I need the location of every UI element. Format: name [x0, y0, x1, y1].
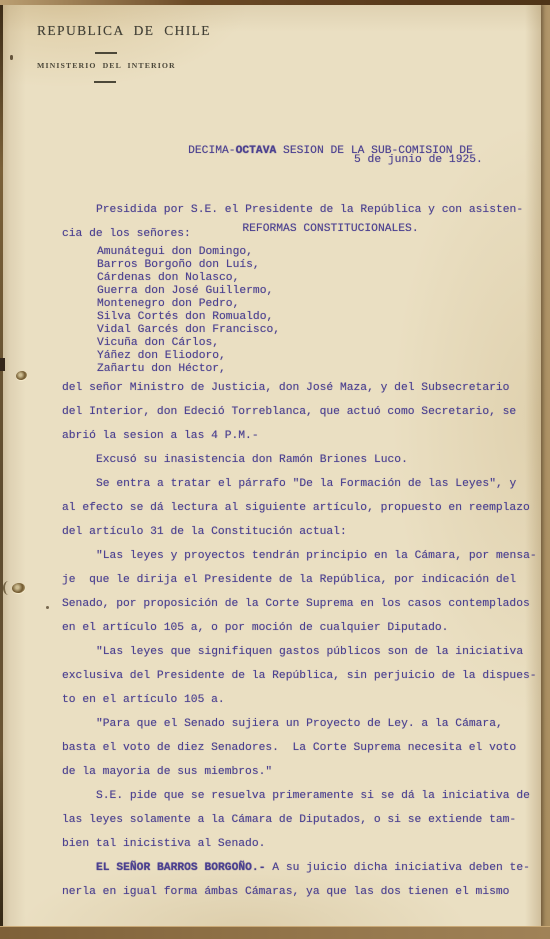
text-line: cia de los señores:	[62, 222, 537, 246]
text-line: Yáñez don Eliodoro,	[62, 350, 537, 363]
text-line-text: to en el artículo 105 a.	[62, 694, 225, 706]
text-line: al efecto se dá lectura al siguiente art…	[62, 496, 537, 520]
text-line-text: "Para que el Senado sujiera un Proyecto …	[96, 718, 503, 730]
text-line: las leyes solamente a la Cámara de Diput…	[62, 808, 537, 832]
text-line-text: nerla en igual forma ámbas Cámaras, ya q…	[62, 886, 509, 898]
text-line: Se entra a tratar el párrafo "De la Form…	[62, 472, 537, 496]
text-line-text: del Interior, don Edeció Torreblanca, qu…	[62, 406, 516, 418]
letterhead-rule-bottom	[94, 81, 116, 83]
text-line: "Para que el Senado sujiera un Proyecto …	[62, 712, 537, 736]
text-line: bien tal inicistiva al Senado.	[62, 832, 537, 856]
text-line: Vicuña don Cárlos,	[62, 337, 537, 350]
paper-sheet: REPUBLICA DE CHILE MINISTERIO DEL INTERI…	[0, 4, 541, 928]
text-line-text: basta el voto de diez Senadores. La Cort…	[62, 742, 516, 754]
text-line: Zañartu don Héctor,	[62, 363, 537, 376]
left-page-edge	[0, 0, 3, 939]
text-line: del artículo 31 de la Constitución actua…	[62, 520, 537, 544]
text-line: "Las leyes que signifiquen gastos públic…	[62, 640, 537, 664]
text-line-text: S.E. pide que se resuelva primeramente s…	[96, 790, 530, 802]
text-line-text: del artículo 31 de la Constitución actua…	[62, 526, 347, 538]
text-line: del Interior, don Edeció Torreblanca, qu…	[62, 400, 537, 424]
text-line-text: en el artículo 105 a, o por moción de cu…	[62, 622, 448, 634]
text-line: en el artículo 105 a, o por moción de cu…	[62, 616, 537, 640]
text-line-text: Amunátegui don Domingo,	[97, 246, 253, 258]
text-line-text: Silva Cortés don Romualdo,	[97, 311, 273, 323]
text-line-bold: EL SEÑOR BARROS BORGOÑO.-	[96, 862, 265, 874]
text-line-text: Yáñez don Eliodoro,	[97, 350, 226, 362]
text-line: Silva Cortés don Romualdo,	[62, 311, 537, 324]
binding-hole-curve-mark	[3, 581, 14, 595]
text-line-text: Cárdenas don Nolasco,	[97, 272, 239, 284]
paper-speck	[46, 606, 49, 609]
text-line: exclusiva del Presidente de la República…	[62, 664, 537, 688]
text-line: de la mayoria de sus miembros."	[62, 760, 537, 784]
text-line-text: Guerra don José Guillermo,	[97, 285, 273, 297]
text-line: basta el voto de diez Senadores. La Cort…	[62, 736, 537, 760]
document-body: Presidida por S.E. el Presidente de la R…	[62, 198, 537, 904]
edge-ink-mark	[0, 358, 5, 371]
text-line-text: del señor Ministro de Justicia, don José…	[62, 382, 509, 394]
scan-bottom-edge	[0, 926, 550, 939]
text-line: nerla en igual forma ámbas Cámaras, ya q…	[62, 880, 537, 904]
text-line-text: Barros Borgoño don Luís,	[97, 259, 260, 271]
paper-speck	[10, 55, 13, 60]
text-line: Guerra don José Guillermo,	[62, 285, 537, 298]
letterhead-republic: REPUBLICA DE CHILE	[37, 23, 211, 39]
text-line-text: al efecto se dá lectura al siguiente art…	[62, 502, 530, 514]
text-line-text: abrió la sesion a las 4 P.M.-	[62, 430, 259, 442]
text-line-text: Senado, por proposición de la Corte Supr…	[62, 598, 530, 610]
text-line: Amunátegui don Domingo,	[62, 246, 537, 259]
text-line: Excusó su inasistencia don Ramón Briones…	[62, 448, 537, 472]
text-line-text: Vidal Garcés don Francisco,	[97, 324, 280, 336]
session-date: 5 de junio de 1925.	[354, 154, 483, 166]
text-line-text: Montenegro don Pedro,	[97, 298, 239, 310]
text-line: je que le dirija el Presidente de la Rep…	[62, 568, 537, 592]
text-line-text: Zañartu don Héctor,	[97, 363, 226, 375]
text-line: Senado, por proposición de la Corte Supr…	[62, 592, 537, 616]
text-line-text: Presidida por S.E. el Presidente de la R…	[96, 204, 523, 216]
text-line: del señor Ministro de Justicia, don José…	[62, 376, 537, 400]
text-line: Vidal Garcés don Francisco,	[62, 324, 537, 337]
text-line: Cárdenas don Nolasco,	[62, 272, 537, 285]
text-line-text: je que le dirija el Presidente de la Rep…	[62, 574, 516, 586]
text-line-text: las leyes solamente a la Cámara de Diput…	[62, 814, 516, 826]
text-line-text: de la mayoria de sus miembros."	[62, 766, 272, 778]
text-line: Barros Borgoño don Luís,	[62, 259, 537, 272]
letterhead-rule-top	[95, 52, 117, 54]
text-line-text: "Las leyes que signifiquen gastos públic…	[96, 646, 523, 658]
title-pre: DECIMA-	[188, 145, 235, 157]
text-line-text: Se entra a tratar el párrafo "De la Form…	[96, 478, 516, 490]
text-line: to en el artículo 105 a.	[62, 688, 537, 712]
text-line: Montenegro don Pedro,	[62, 298, 537, 311]
text-line: abrió la sesion a las 4 P.M.-	[62, 424, 537, 448]
scan-top-edge	[0, 0, 550, 5]
text-line-text: bien tal inicistiva al Senado.	[62, 838, 265, 850]
text-line-text: A su juicio dicha iniciativa deben te-	[265, 862, 529, 874]
text-line: "Las leyes y proyectos tendrán principio…	[62, 544, 537, 568]
text-line-text: "Las leyes y proyectos tendrán principio…	[96, 550, 537, 562]
text-line-text: cia de los señores:	[62, 228, 191, 240]
text-line-text: Vicuña don Cárlos,	[97, 337, 219, 349]
text-line: EL SEÑOR BARROS BORGOÑO.- A su juicio di…	[62, 856, 537, 880]
text-line: S.E. pide que se resuelva primeramente s…	[62, 784, 537, 808]
text-line-text: exclusiva del Presidente de la República…	[62, 670, 537, 682]
title-bold-word: OCTAVA	[236, 145, 277, 157]
text-line: Presidida por S.E. el Presidente de la R…	[62, 198, 537, 222]
scanned-document: REPUBLICA DE CHILE MINISTERIO DEL INTERI…	[0, 0, 550, 939]
letterhead-ministry: MINISTERIO DEL INTERIOR	[37, 61, 176, 70]
text-line-text: Excusó su inasistencia don Ramón Briones…	[96, 454, 408, 466]
